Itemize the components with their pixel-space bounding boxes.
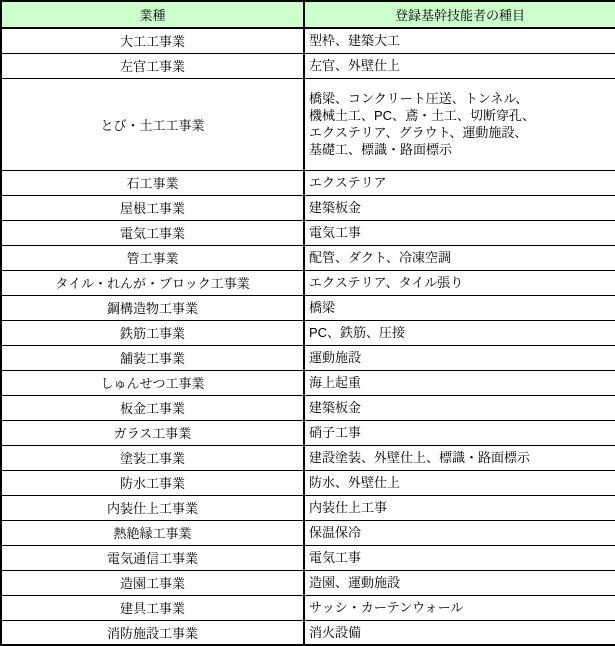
table-row: 大工工事業 型枠、建築大工	[1, 28, 615, 53]
page: 業種 登録基幹技能者の種目 大工工事業 型枠、建築大工 左官工事業 左官、外壁仕…	[0, 0, 615, 646]
category-cell: エクステリア	[304, 170, 615, 195]
industry-cell: 塗装工事業	[1, 445, 304, 470]
category-cell: 海上起重	[304, 370, 615, 395]
table-row: 消防施設工事業 消火設備	[1, 620, 615, 645]
category-cell: PC、鉄筋、圧接	[304, 320, 615, 345]
column-header-category: 登録基幹技能者の種目	[304, 1, 615, 28]
category-cell: 内装仕上工事	[304, 495, 615, 520]
industry-cell: 板金工事業	[1, 395, 304, 420]
industry-cell: ガラス工事業	[1, 420, 304, 445]
industry-cell: 屋根工事業	[1, 195, 304, 220]
category-cell: 橋梁、コンクリート圧送、トンネル、 機械土工、PC、鳶・土工、切断穿孔、 エクス…	[304, 78, 615, 170]
industry-cell: とび・土工工事業	[1, 78, 304, 170]
industry-cell: 防水工事業	[1, 470, 304, 495]
skilled-workers-table: 業種 登録基幹技能者の種目 大工工事業 型枠、建築大工 左官工事業 左官、外壁仕…	[0, 0, 615, 646]
table-row: 鉄筋工事業 PC、鉄筋、圧接	[1, 320, 615, 345]
category-cell: 配管、ダクト、冷凍空調	[304, 245, 615, 270]
category-cell: 建築板金	[304, 195, 615, 220]
category-cell: 保温保冷	[304, 520, 615, 545]
industry-cell: しゅんせつ工事業	[1, 370, 304, 395]
table-row: 左官工事業 左官、外壁仕上	[1, 53, 615, 78]
industry-cell: 大工工事業	[1, 28, 304, 53]
table-row: 屋根工事業 建築板金	[1, 195, 615, 220]
industry-cell: タイル・れんが・ブロック工事業	[1, 270, 304, 295]
table-row: 鋼構造物工事業 橋梁	[1, 295, 615, 320]
industry-cell: 左官工事業	[1, 53, 304, 78]
industry-cell: 石工事業	[1, 170, 304, 195]
category-cell: 橋梁	[304, 295, 615, 320]
table-row: 造園工事業 造園、運動施設	[1, 570, 615, 595]
table-row: 板金工事業 建築板金	[1, 395, 615, 420]
industry-cell: 電気工事業	[1, 220, 304, 245]
table-row: 管工事業 配管、ダクト、冷凍空調	[1, 245, 615, 270]
category-cell: 運動施設	[304, 345, 615, 370]
table-row: 舗装工事業 運動施設	[1, 345, 615, 370]
industry-cell: 造園工事業	[1, 570, 304, 595]
category-cell: サッシ・カーテンウォール	[304, 595, 615, 620]
column-header-industry: 業種	[1, 1, 304, 28]
category-cell: 電気工事	[304, 220, 615, 245]
table-row: 建具工事業 サッシ・カーテンウォール	[1, 595, 615, 620]
industry-cell: 建具工事業	[1, 595, 304, 620]
table-row: 電気工事業 電気工事	[1, 220, 615, 245]
category-cell: 電気工事	[304, 545, 615, 570]
table-header: 業種 登録基幹技能者の種目	[1, 1, 615, 28]
table-body: 大工工事業 型枠、建築大工 左官工事業 左官、外壁仕上 とび・土工工事業 橋梁、…	[1, 28, 615, 645]
category-cell: 消火設備	[304, 620, 615, 645]
table-row: タイル・れんが・ブロック工事業 エクステリア、タイル張り	[1, 270, 615, 295]
category-cell: 左官、外壁仕上	[304, 53, 615, 78]
table-row: 電気通信工事業 電気工事	[1, 545, 615, 570]
category-cell: 建築板金	[304, 395, 615, 420]
category-cell: 型枠、建築大工	[304, 28, 615, 53]
table-row: しゅんせつ工事業 海上起重	[1, 370, 615, 395]
industry-cell: 舗装工事業	[1, 345, 304, 370]
table-row: 石工事業 エクステリア	[1, 170, 615, 195]
table-row: 防水工事業 防水、外壁仕上	[1, 470, 615, 495]
category-cell: 造園、運動施設	[304, 570, 615, 595]
category-cell: 防水、外壁仕上	[304, 470, 615, 495]
table-row: ガラス工事業 硝子工事	[1, 420, 615, 445]
category-cell: エクステリア、タイル張り	[304, 270, 615, 295]
header-row: 業種 登録基幹技能者の種目	[1, 1, 615, 28]
industry-cell: 内装仕上工事業	[1, 495, 304, 520]
industry-cell: 管工事業	[1, 245, 304, 270]
industry-cell: 消防施設工事業	[1, 620, 304, 645]
table-row: 内装仕上工事業 内装仕上工事	[1, 495, 615, 520]
table-row: 塗装工事業 建設塗装、外壁仕上、標識・路面標示	[1, 445, 615, 470]
industry-cell: 電気通信工事業	[1, 545, 304, 570]
category-cell: 硝子工事	[304, 420, 615, 445]
table-row: とび・土工工事業 橋梁、コンクリート圧送、トンネル、 機械土工、PC、鳶・土工、…	[1, 78, 615, 170]
industry-cell: 鉄筋工事業	[1, 320, 304, 345]
industry-cell: 鋼構造物工事業	[1, 295, 304, 320]
table-row: 熱絶縁工事業 保温保冷	[1, 520, 615, 545]
industry-cell: 熱絶縁工事業	[1, 520, 304, 545]
category-cell: 建設塗装、外壁仕上、標識・路面標示	[304, 445, 615, 470]
